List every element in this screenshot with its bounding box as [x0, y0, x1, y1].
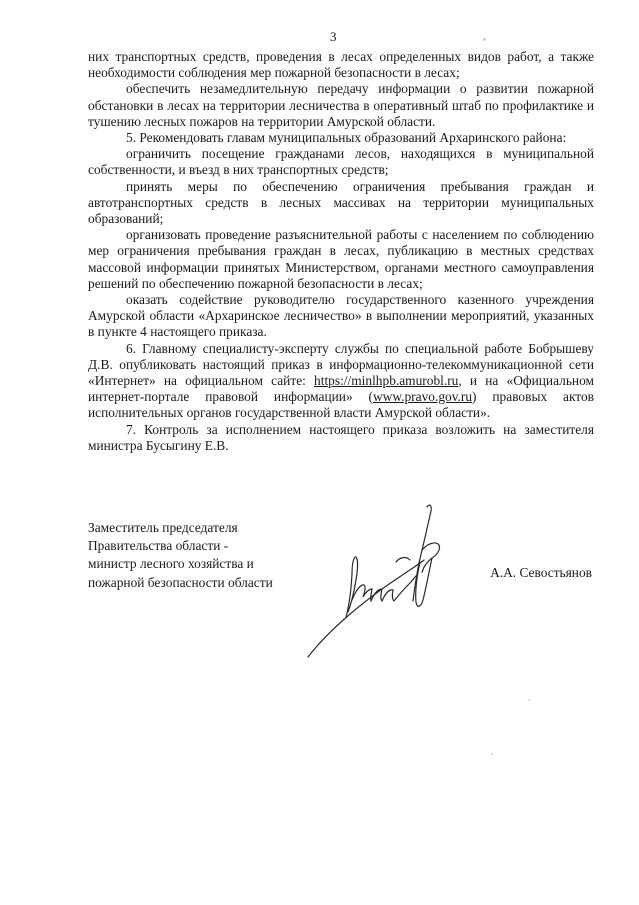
signatory-name: А.А. Севостьянов — [490, 565, 592, 581]
scan-speck — [483, 38, 486, 41]
handwritten-signature — [228, 493, 443, 665]
paragraph-restrict-visits: ограничить посещение гражданами лесов, н… — [88, 146, 594, 178]
link-minlhpb-amurobl: https://minlhpb.amurobl.ru — [314, 373, 458, 388]
paragraph-continuation: них транспортных средств, проведения в л… — [88, 49, 594, 81]
scan-speck — [528, 699, 530, 701]
paragraph-take-measures: принять меры по обеспечению ограничения … — [88, 179, 594, 228]
document-page: 3 них транспортных средств, проведения в… — [0, 0, 639, 905]
paragraph-assist-forestry: оказать содействие руководителю государс… — [88, 292, 594, 341]
page-number: 3 — [330, 29, 337, 45]
paragraph-outreach-work: организовать проведение разъяснительной … — [88, 227, 594, 292]
paragraph-inform-duty: обеспечить незамедлительную передачу инф… — [88, 81, 594, 130]
scan-speck — [491, 753, 493, 755]
link-pravo-gov: www.pravo.gov.ru — [373, 389, 472, 404]
document-body: них транспортных средств, проведения в л… — [88, 49, 594, 454]
paragraph-item-7-control: 7. Контроль за исполнением настоящего пр… — [88, 422, 594, 454]
paragraph-item-5: 5. Рекомендовать главам муниципальных об… — [88, 130, 594, 146]
paragraph-item-6-publication: 6. Главному специалисту-эксперту службы … — [88, 341, 594, 422]
